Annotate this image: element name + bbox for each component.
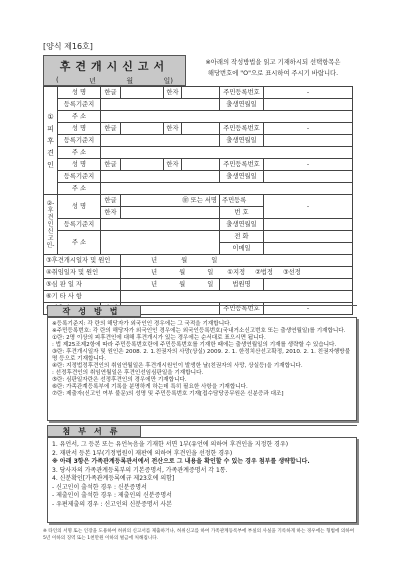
appoint-date-label: ④취임일자 및 원인 (44, 267, 121, 279)
appoint-date-input[interactable]: 년월일 ①지정 ②법정 ③선정 (121, 267, 353, 279)
address-label: 주 소 (58, 111, 101, 123)
guardian-phone-input[interactable] (264, 231, 353, 243)
legal-warning: ※ 타인의 서명 또는 인장을 도용하여 허위의 신고서를 제출하거나, 허위신… (43, 528, 358, 542)
ward3-address-input[interactable] (101, 183, 353, 195)
court-name-input[interactable] (264, 279, 353, 291)
ward-section-label: ①피후견인 (44, 87, 58, 195)
rrn-label: 주민등록번호 (220, 87, 264, 99)
guardian-birth-label: 출생연월일 (220, 219, 264, 231)
ward3-birth-input[interactable] (264, 171, 353, 183)
option-appointed[interactable]: ③선정 (283, 269, 301, 276)
title-date: ( 년 월 일) (44, 74, 185, 86)
name-label: 성 명 (58, 87, 101, 99)
rrn-label: 주민등록번호 (220, 159, 264, 171)
guardian-hangul-label: 한글 (101, 195, 121, 207)
trial-date-label: ⑤심 판 일 자 (44, 279, 121, 291)
notice-line-2: 해당번호에 "O"으로 표시하여 주시기 바랍니다. (188, 68, 358, 79)
hangul-label: 한글 (101, 123, 121, 135)
instruction-line: ※주민등록번호: 각 란의 해당자가 외국인인 경우에는 외국인등록번호(국내거… (52, 328, 352, 335)
instruction-line: ④란: 지정법정후견인의 취임연월일은 후견개시원인이 발생한 날(친권자의 사… (52, 363, 352, 370)
other-items-input[interactable] (121, 291, 353, 303)
page-title: 후견개시신고서 (44, 58, 185, 74)
birth-label: 출생연월일 (220, 99, 264, 111)
attachment-line: 2. 재판서 등본 1부(기정법원이 재판에 의하여 후견인을 선정한 경우) (52, 450, 352, 459)
attachment-line: 4. 신분확인[가족관계등록예규 제23호에 의함] (52, 475, 352, 484)
ward1-rrn-input[interactable]: - (264, 87, 353, 99)
attachment-line: 1. 유언서, 그 등본 또는 유언녹음을 기재한 서면 1부(유언에 의하여 … (52, 441, 352, 450)
guardian-registry-label: 등록기준지 (58, 219, 101, 231)
ward3-hanja-input[interactable] (182, 159, 220, 171)
court-name-label: 법원명 (220, 279, 264, 291)
day-field[interactable]: 일) (163, 76, 173, 86)
notice-text: ※아래의 작성방법을 읽고 기재하시되 선택항목은 해당번호에 "O"으로 표시… (188, 57, 358, 79)
hangul-label: 한글 (101, 87, 121, 99)
instruction-line: ⑥란: 가족관계등록부에 기록을 분명하게 하는데 특히 필요한 사항을 기재합… (52, 384, 352, 391)
ward1-birth-input[interactable] (264, 99, 353, 111)
ward1-hanja-input[interactable] (182, 87, 220, 99)
attachment-line: 3. 당사자의 가족관계등록부의 기본증명서, 가족관계증명서 각 1통. (52, 467, 352, 476)
registry-label: 등록기준지 (58, 99, 101, 111)
guardian-birth-input[interactable] (264, 219, 353, 231)
guardian-rrn-label-2: 번 호 (220, 207, 264, 219)
instructions-box: ※등록기준지: 각 란의 해당자가 외국인인 경우에는 그 국적을 기재합니다.… (47, 317, 357, 421)
guardian-rrn-label: 주민등록 (220, 195, 264, 207)
ward2-birth-input[interactable] (264, 135, 353, 147)
instructions-header: 작성방법 (47, 305, 141, 317)
hanja-label: 한자 (164, 87, 182, 99)
guardian-registry-input[interactable] (101, 219, 220, 231)
registry-label: 등록기준지 (58, 135, 101, 147)
ward3-rrn-input[interactable]: - (264, 159, 353, 171)
ward3-hangul-input[interactable] (121, 159, 164, 171)
address-label: 주 소 (58, 183, 101, 195)
guardian-email-input[interactable] (264, 243, 353, 255)
instruction-line: : 법 제25조제2항에 따라 주민등록번호란에 주민등록번호를 기재한 때에는… (52, 342, 352, 349)
ward1-hangul-input[interactable] (121, 87, 164, 99)
start-date-label: ③후견개시일자 및 원인 (44, 255, 121, 267)
start-date-input[interactable]: 년 월 일 (121, 255, 353, 267)
guardian-hanja-label: 한자 (101, 207, 121, 219)
birth-label: 출생연월일 (220, 171, 264, 183)
guardian-name-label: 성 명 (58, 195, 101, 219)
report-form-table: ①피후견인 성 명 한글 한자 주민등록번호 - 등록기준지 출생연월일 주 소… (43, 86, 353, 315)
option-designated[interactable]: ①지정 (227, 269, 245, 276)
guardian-hangul-input[interactable]: ㊞ 또는 서명 (121, 195, 220, 207)
ward2-registry-input[interactable] (101, 135, 220, 147)
instruction-line: ①란: 2명 이상의 피후견인에 대해 후견개시가 있는 경우에는 순서대로 표… (52, 335, 352, 342)
trial-date-input[interactable]: 년월일 (121, 279, 220, 291)
notice-line-1: ※아래의 작성방법을 읽고 기재하시되 선택항목은 (188, 57, 358, 68)
guardian-phone-label: 전 화 (220, 231, 264, 243)
attachment-line: - 우편제출의 경우 : 신고인의 신분증명서 사본 (52, 501, 352, 510)
guardian-address-label: 주 소 (58, 231, 101, 255)
other-items-label: ⑥기 타 사 항 (44, 291, 121, 303)
ward3-registry-input[interactable] (101, 171, 220, 183)
address-label: 주 소 (58, 147, 101, 159)
instruction-line: ⑦란: 제출자(신고인 여부 불문)의 성명 및 주민등록번호 기재[접수담당공… (52, 391, 352, 398)
hanja-label: 한자 (164, 159, 182, 171)
birth-label: 출생연월일 (220, 135, 264, 147)
divider (141, 305, 357, 306)
ward2-hangul-input[interactable] (121, 123, 164, 135)
ward2-hanja-input[interactable] (182, 123, 220, 135)
form-number-label: [양식 제16호] (43, 41, 93, 52)
ward2-address-input[interactable] (101, 147, 353, 159)
name-label: 성 명 (58, 123, 101, 135)
hangul-label: 한글 (101, 159, 121, 171)
ward2-rrn-input[interactable]: - (264, 123, 353, 135)
attachment-line: - 제출인이 출석한 경우 : 제출인의 신분증명서 (52, 492, 352, 501)
instruction-line: : 선정후견인의 취임연월일은 후견인선임심판일을 기재합니다. (52, 370, 352, 377)
guardian-email-label: 이메일 (220, 243, 264, 255)
registry-label: 등록기준지 (58, 171, 101, 183)
instruction-line: ③란: 후견개시일자 및 원인은 2008. 2. 1.친권자의 사망(상실) … (52, 349, 352, 363)
ward1-registry-input[interactable] (101, 99, 220, 111)
ward1-address-input[interactable] (101, 111, 353, 123)
instruction-line: ⑤란: 심판일자란은 선정후견인의 경우에만 기재합니다. (52, 377, 352, 384)
guardian-address-input[interactable] (101, 231, 220, 255)
attachments-box: 1. 유언서, 그 등본 또는 유언녹음을 기재한 서면 1부(유언에 의하여 … (47, 437, 357, 523)
month-field[interactable]: 월 (126, 76, 133, 86)
title-box: 후견개시신고서 ( 년 월 일) (43, 55, 186, 86)
name-label: 성 명 (58, 159, 101, 171)
guardian-rrn-input[interactable]: - (264, 195, 353, 219)
divider (141, 425, 357, 426)
date-open: ( (56, 76, 59, 86)
attachment-line: - 신고인이 출석한 경우 : 신분증명서 (52, 484, 352, 493)
option-statutory[interactable]: ②법정 (255, 269, 273, 276)
rrn-label: 주민등록번호 (220, 123, 264, 135)
guardian-section-label: ②-후견인신고인- (44, 195, 58, 255)
attachment-note: ※ 아래 3항은 가족관계등록관서에서 전산으로 그 내용을 확인할 수 있는 … (52, 458, 352, 467)
hanja-label: 한자 (164, 123, 182, 135)
year-field[interactable]: 년 (89, 76, 96, 86)
guardian-hanja-input[interactable] (121, 207, 220, 219)
attachments-header: 첨부서류 (47, 425, 141, 437)
instruction-line: ※등록기준지: 각 란의 해당자가 외국인인 경우에는 그 국적을 기재합니다. (52, 321, 352, 328)
